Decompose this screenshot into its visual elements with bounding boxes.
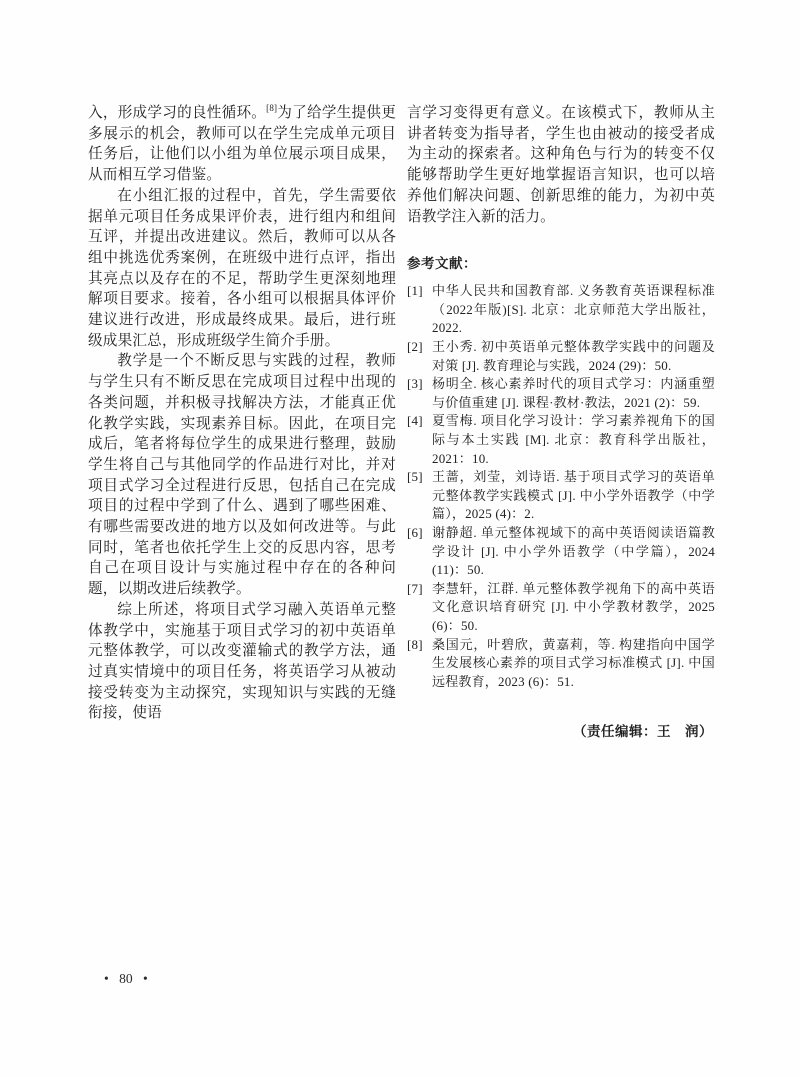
- citation-superscript: [8]: [266, 103, 277, 113]
- reference-item: [8] 桑国元，叶碧欣，黄嘉莉，等. 构建指向中国学生发展核心素养的项目式学习标…: [407, 636, 715, 692]
- reference-item: [7] 李慧轩，江群. 单元整体教学视角下的高中英语文化意识培育研究 [J]. …: [407, 580, 715, 636]
- reference-text: 王小秀. 初中英语单元整体教学实践中的问题及对策 [J]. 教育理论与实践，20…: [432, 339, 715, 373]
- journal-page: 入，形成学习的良性循环。[8]为了给学生提供更多展示的机会，教师可以在学生完成单…: [0, 0, 800, 1077]
- reference-item: [3] 杨明全. 核心素养时代的项目式学习：内涵重塑与价值重建 [J]. 课程·…: [407, 375, 715, 412]
- reference-label: [1]: [407, 282, 423, 301]
- reference-item: [6] 谢静超. 单元整体视域下的高中英语阅读语篇教学设计 [J]. 中小学外语…: [407, 524, 715, 580]
- reference-item: [2] 王小秀. 初中英语单元整体教学实践中的问题及对策 [J]. 教育理论与实…: [407, 338, 715, 375]
- body-paragraph: 入，形成学习的良性循环。[8]为了给学生提供更多展示的机会，教师可以在学生完成单…: [88, 103, 396, 186]
- reference-text: 谢静超. 单元整体视域下的高中英语阅读语篇教学设计 [J]. 中小学外语教学（中…: [432, 525, 715, 577]
- reference-text: 王蔷，刘莹，刘诗语. 基于项目式学习的英语单元整体教学实践模式 [J]. 中小学…: [432, 469, 715, 521]
- reference-item: [5] 王蔷，刘莹，刘诗语. 基于项目式学习的英语单元整体教学实践模式 [J].…: [407, 468, 715, 524]
- body-paragraph: 教学是一个不断反思与实践的过程，教师与学生只有不断反思在完成项目过程中出现的各类…: [88, 351, 396, 599]
- reference-item: [1] 中华人民共和国教育部. 义务教育英语课程标准（2022年版)[S]. 北…: [407, 282, 715, 338]
- paragraph-text: 入，形成学习的良性循环。: [88, 105, 266, 121]
- reference-text: 杨明全. 核心素养时代的项目式学习：内涵重塑与价值重建 [J]. 课程·教材·教…: [432, 376, 715, 410]
- body-paragraph: 在小组汇报的过程中，首先，学生需要依据单元项目任务成果评价表，进行组内和组间互评…: [88, 186, 396, 352]
- body-paragraph: 言学习变得更有意义。在该模式下，教师从主讲者转变为指导者，学生也由被动的接受者成…: [407, 103, 715, 227]
- editor-note: （责任编辑：王 润）: [407, 722, 715, 741]
- reference-label: [4]: [407, 412, 423, 431]
- reference-label: [8]: [407, 636, 423, 655]
- reference-text: 中华人民共和国教育部. 义务教育英语课程标准（2022年版)[S]. 北京：北京…: [432, 283, 715, 335]
- page-number: • 80 •: [104, 971, 148, 987]
- reference-label: [7]: [407, 580, 423, 599]
- reference-label: [5]: [407, 468, 423, 487]
- reference-text: 桑国元，叶碧欣，黄嘉莉，等. 构建指向中国学生发展核心素养的项目式学习标准模式 …: [432, 637, 715, 689]
- reference-text: 夏雪梅. 项目化学习设计：学习素养视角下的国际与本土实践 [M]. 北京：教育科…: [432, 413, 715, 465]
- body-paragraph: 综上所述，将项目式学习融入英语单元整体教学中，实施基于项目式学习的初中英语单元整…: [88, 600, 396, 724]
- reference-item: [4] 夏雪梅. 项目化学习设计：学习素养视角下的国际与本土实践 [M]. 北京…: [407, 412, 715, 468]
- references-heading: 参考文献：: [407, 254, 715, 273]
- reference-text: 李慧轩，江群. 单元整体教学视角下的高中英语文化意识培育研究 [J]. 中小学教…: [432, 581, 715, 633]
- reference-label: [3]: [407, 375, 423, 394]
- right-column: 言学习变得更有意义。在该模式下，教师从主讲者转变为指导者，学生也由被动的接受者成…: [407, 103, 715, 741]
- references-list: [1] 中华人民共和国教育部. 义务教育英语课程标准（2022年版)[S]. 北…: [407, 282, 715, 691]
- left-column: 入，形成学习的良性循环。[8]为了给学生提供更多展示的机会，教师可以在学生完成单…: [88, 103, 396, 724]
- reference-label: [2]: [407, 338, 423, 357]
- reference-label: [6]: [407, 524, 423, 543]
